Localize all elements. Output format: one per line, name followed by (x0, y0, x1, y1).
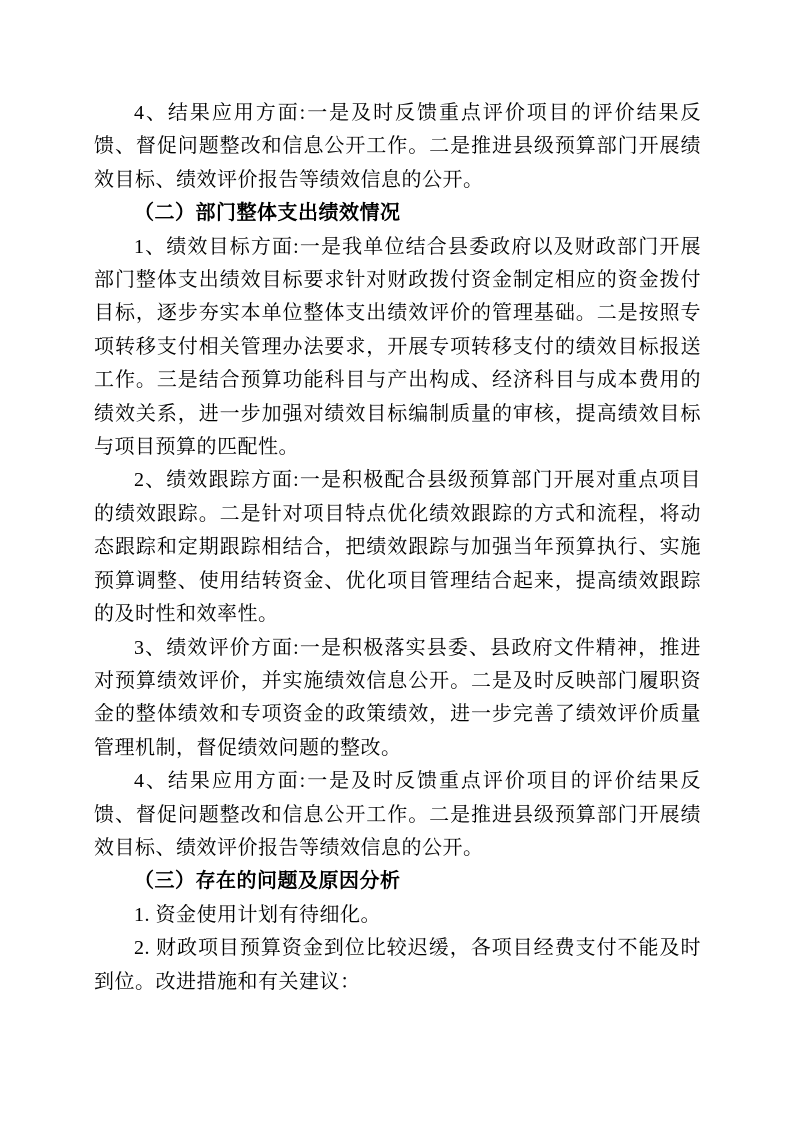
paragraph-performance-evaluation: 3、绩效评价方面:一是积极落实县委、县政府文件精神，推进对预算绩效评价，并实施绩… (94, 632, 701, 766)
document-page: 4、结果应用方面:一是及时反馈重点评价项目的评价结果反馈、督促问题整改和信息公开… (0, 0, 793, 1122)
paragraph-problem-1: 1. 资金使用计划有待细化。 (94, 899, 701, 932)
paragraph-performance-tracking: 2、绩效跟踪方面:一是积极配合县级预算部门开展对重点项目的绩效跟踪。二是针对项目… (94, 464, 701, 631)
paragraph-results-application-first: 4、结果应用方面:一是及时反馈重点评价项目的评价结果反馈、督促问题整改和信息公开… (94, 97, 701, 197)
section-heading-department-overall-expenditure-performance: （二）部门整体支出绩效情况 (94, 197, 701, 230)
document-text-column: 4、结果应用方面:一是及时反馈重点评价项目的评价结果反馈、督促问题整改和信息公开… (94, 97, 701, 999)
paragraph-performance-goals: 1、绩效目标方面:一是我单位结合县委政府以及财政部门开展部门整体支出绩效目标要求… (94, 231, 701, 465)
paragraph-results-application-second: 4、结果应用方面:一是及时反馈重点评价项目的评价结果反馈、督促问题整改和信息公开… (94, 765, 701, 865)
section-heading-problems-and-cause-analysis: （三）存在的问题及原因分析 (94, 865, 701, 898)
paragraph-problem-2: 2. 财政项目预算资金到位比较迟缓，各项目经费支付不能及时到位。改进措施和有关建… (94, 932, 701, 999)
